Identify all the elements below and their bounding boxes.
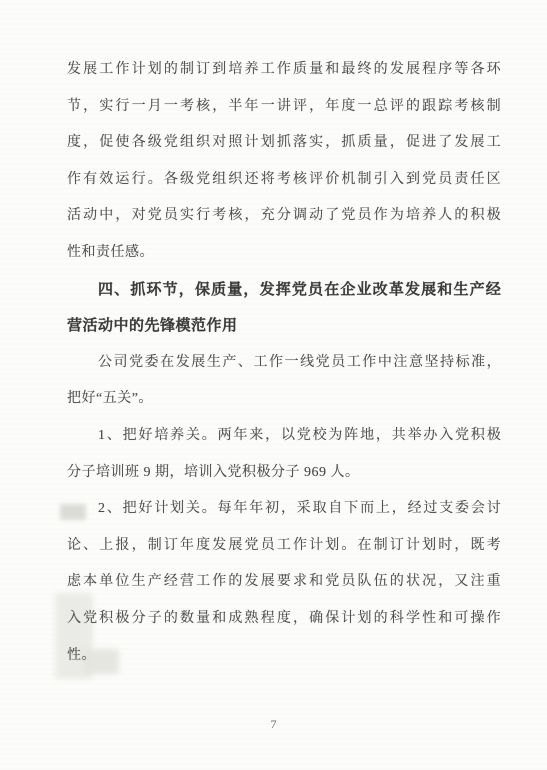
text-line: 作有效运行。各级党组织还将考核评价机制引入到党员责任区: [67, 162, 501, 199]
text-line: 把好“五关”。: [67, 381, 501, 418]
text-line: 性和责任感。: [67, 235, 501, 272]
heading-line: 四、抓环节，保质量，发挥党员在企业改革发展和生产经: [67, 272, 501, 309]
text-line: 虑本单位生产经营工作的发展要求和党员队伍的状况，又注重: [67, 564, 501, 601]
text-line: 论、上报，制订年度发展党员工作计划。在制订计划时，既考: [67, 528, 501, 565]
text-line: 度，促使各级党组织对照计划抓落实，抓质量，促进了发展工: [67, 125, 501, 162]
heading-line: 营活动中的先锋模范作用: [67, 308, 501, 345]
text-line: 节，实行一月一考核，半年一讲评，年度一总评的跟踪考核制: [67, 89, 501, 126]
text-line: 2、把好计划关。每年年初，采取自下而上，经过支委会讨: [67, 491, 501, 528]
text-line: 入党积极分子的数量和成熟程度，确保计划的科学性和可操作: [67, 601, 501, 638]
text-line: 公司党委在发展生产、工作一线党员工作中注意坚持标准，: [67, 345, 501, 382]
page-number: 7: [0, 716, 547, 732]
text-line: 活动中，对党员实行考核，充分调动了党员作为培养人的积极: [67, 198, 501, 235]
document-body: 发展工作计划的制订到培养工作质量和最终的发展程序等各环节，实行一月一考核，半年一…: [67, 52, 501, 674]
text-line: 性。: [67, 638, 501, 675]
text-line: 发展工作计划的制订到培养工作质量和最终的发展程序等各环: [67, 52, 501, 89]
text-line: 分子培训班 9 期，培训入党积极分子 969 人。: [67, 455, 501, 492]
text-line: 1、把好培养关。两年来，以党校为阵地，共举办入党积极: [67, 418, 501, 455]
scanned-document-page: 发展工作计划的制订到培养工作质量和最终的发展程序等各环节，实行一月一考核，半年一…: [0, 0, 547, 770]
